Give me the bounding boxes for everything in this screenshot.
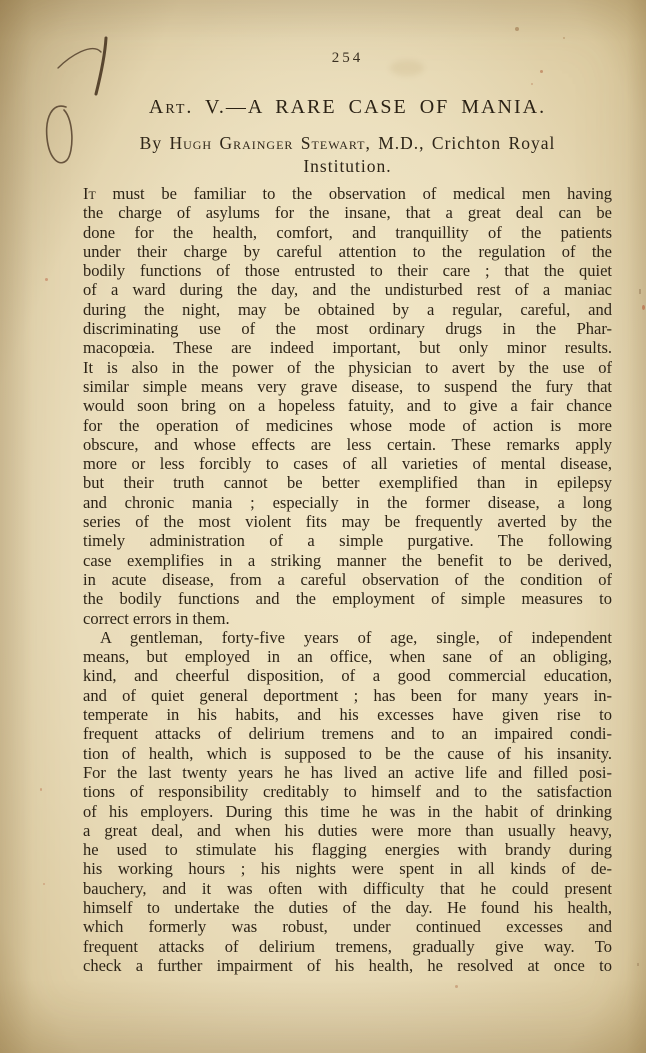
text-line: discriminating use of the most ordinary … [83, 319, 612, 338]
text-line: and chronic mania ; especially in the fo… [83, 493, 612, 512]
text-line: check a further impairment of his health… [83, 956, 612, 975]
edge-mark [639, 289, 641, 294]
byline-by: By [140, 133, 170, 153]
text-line: macopœia. These are indeed important, bu… [83, 338, 612, 357]
foxing-spot [642, 305, 645, 310]
lead-rest: must be familiar to the observation of m… [96, 184, 612, 203]
foxing-spot [45, 278, 48, 281]
scanned-page: 254 Art. V.—A RARE CASE OF MANIA. By Hug… [0, 0, 646, 1053]
foxing-spot [40, 788, 42, 791]
author-credentials: , M.D., Crichton Royal [365, 133, 555, 153]
text-line: correct errors in them. [83, 609, 612, 628]
text-line: the bodily functions and the employment … [83, 589, 612, 608]
paragraph-1: the charge of asylums for the insane, th… [83, 203, 612, 628]
byline: By Hugh Grainger Stewart, M.D., Crichton… [83, 133, 612, 154]
text-line: himself to undertake the duties of the d… [83, 898, 612, 917]
paragraph-2: A gentleman, forty-five years of age, si… [83, 628, 612, 975]
text-line: which formerly was robust, under continu… [83, 917, 612, 936]
page-number: 254 [83, 50, 612, 67]
foxing-spot [43, 883, 45, 885]
text-line: timely administration of a simple purgat… [83, 531, 612, 550]
text-line: in acute disease, from a careful observa… [83, 570, 612, 589]
text-line: tion of health, which is supposed to be … [83, 744, 612, 763]
article-label: Art. [149, 96, 194, 118]
text-line: frequent attacks of delirium tremens, gr… [83, 937, 612, 956]
text-line: frequent attacks of delirium tremens and… [83, 724, 612, 743]
text-line: he used to stimulate his flagging energi… [83, 840, 612, 859]
pen-loop-mark [42, 100, 78, 170]
text-line: It is also in the power of the physician… [83, 358, 612, 377]
text-line: of his employers. During this time he wa… [83, 802, 612, 821]
text-line: during the night, may be obtained by a r… [83, 300, 612, 319]
text-line: bauchery, and it was often with difficul… [83, 879, 612, 898]
foxing-spot [540, 70, 543, 73]
text-line: similar simple means very grave disease,… [83, 377, 612, 396]
text-line: more or less forcibly to cases of all va… [83, 454, 612, 473]
text-line: case exemplifies in a striking manner th… [83, 551, 612, 570]
text-line: For the last twenty years he has lived a… [83, 763, 612, 782]
edge-mark [637, 963, 639, 966]
text-line: kind, and cheerful disposition, of a goo… [83, 666, 612, 685]
text-line: a great deal, and when his duties were m… [83, 821, 612, 840]
text-line: A gentleman, forty-five years of age, si… [83, 628, 612, 647]
foxing-spot [531, 83, 533, 85]
foxing-spot [455, 985, 458, 988]
text-line: done for the health, comfort, and tranqu… [83, 223, 612, 242]
foxing-spot [515, 27, 519, 31]
text-line: series of the most violent fits may be f… [83, 512, 612, 531]
lead-word: It [83, 184, 96, 203]
text-line: bodily functions of those entrusted to t… [83, 261, 612, 280]
text-line: under their charge by careful attention … [83, 242, 612, 261]
text-line: obscure, and whose effects are less cert… [83, 435, 612, 454]
text-line: means, but employed in an office, when s… [83, 647, 612, 666]
text-line: his working hours ; his nights were spen… [83, 859, 612, 878]
text-line: It must be familiar to the observation o… [83, 184, 612, 203]
foxing-spot [563, 37, 565, 39]
text-line: of a ward during the day, and the undist… [83, 280, 612, 299]
text-line: tions of responsibility creditably to hi… [83, 782, 612, 801]
text-line: temperate in his habits, and his excesse… [83, 705, 612, 724]
byline-institution: Institution. [83, 156, 612, 177]
article-title: Art. V.—A RARE CASE OF MANIA. [83, 96, 612, 119]
text-line: and of quiet general deportment ; has be… [83, 686, 612, 705]
author-name: Hugh Grainger Stewart [169, 133, 365, 153]
text-line: would soon bring on a hopeless fatuity, … [83, 396, 612, 415]
article-body: It must be familiar to the observation o… [83, 184, 612, 975]
text-line: the charge of asylums for the insane, th… [83, 203, 612, 222]
article-title-text: V.—A RARE CASE OF MANIA. [193, 96, 546, 118]
text-line: for the operation of medicines whose mod… [83, 416, 612, 435]
text-line: but their truth cannot be better exempli… [83, 473, 612, 492]
